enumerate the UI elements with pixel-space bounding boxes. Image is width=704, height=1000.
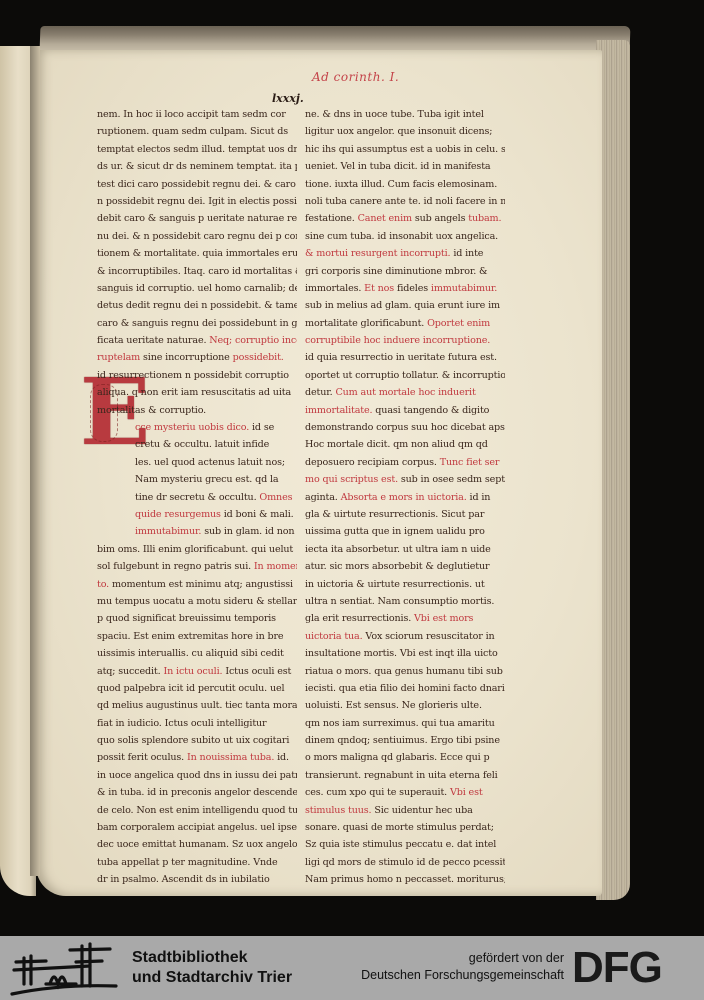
text-line: mo qui scriptus est. sub in osee sedm se… [305, 471, 505, 488]
text-line: o mors maligna qd glabaris. Ecce qui p [305, 749, 505, 766]
text-line: ne. & dns in uoce tube. Tuba igit intel [305, 106, 505, 123]
body-text: id quia resurrectio in ueritate futura e… [305, 352, 497, 363]
body-text: gla & uirtute resurrectionis. Sicut par [305, 509, 484, 520]
body-text: de celo. Non est enim intelligendu quod … [97, 805, 297, 816]
text-line: quide resurgemus id boni & mali. S n omn… [97, 506, 297, 523]
text-line: ds ur. & sicut dr ds neminem temptat. it… [97, 158, 297, 175]
text-line: aliqua. q non erit iam resuscitatis ad u… [97, 384, 297, 401]
rubric-text: & mortui resurgent incorrupti. [305, 248, 450, 259]
body-text: iecisti. qua etia filio dei homini facto… [305, 683, 505, 694]
text-line: detur. Cum aut mortale hoc induerit [305, 384, 505, 401]
body-text: nu dei. & n possidebit caro regnu dei p … [97, 231, 297, 242]
city-wall-sketch-icon [10, 940, 120, 996]
text-line: festatione. Canet enim sub angels tubam. [305, 210, 505, 227]
rubric-text: Cum aut mortale hoc induerit [335, 387, 475, 398]
body-text: temptat electos sedm illud. temptat uos … [97, 144, 297, 155]
text-line: dr in psalmo. Ascendit ds in iubilatio [97, 871, 297, 888]
text-line: ruptionem. quam sedm culpam. Sicut ds [97, 123, 297, 140]
text-line: bim oms. Illi enim glorificabunt. qui ue… [97, 541, 297, 558]
body-text: insultatione mortis. Vbi est inqt illa u… [305, 648, 498, 659]
text-line: ultra n sentiat. Nam consumptio mortis. [305, 593, 505, 610]
text-line: to. momentum est minimu atq; angustissi [97, 576, 297, 593]
text-line: ligi qd mors de stimulo id de pecco pces… [305, 854, 505, 871]
rubric-text: tubam. [468, 213, 501, 224]
body-text: Vox sciorum resuscitator in [363, 631, 495, 642]
text-line: & in tuba. id in preconis angelor descen… [97, 784, 297, 801]
body-text: Nam mysteriu grecu est. qd la [135, 474, 278, 485]
text-line: mortalitas & corruptio. [97, 402, 297, 419]
body-text: festatione. [305, 213, 358, 224]
text-line: immortales. Et nos fideles immutabimur. [305, 280, 505, 297]
text-line: temptat electos sedm illud. temptat uos … [97, 141, 297, 158]
body-text: demonstrando corpus suu hoc dicebat aps; [305, 422, 505, 433]
body-text: & in tuba. id in preconis angelor descen… [97, 787, 297, 798]
body-text: in uictoria & uirtute resurrectionis. ut [305, 579, 485, 590]
body-text: sub in glam. id non glorifica [201, 526, 297, 537]
book-top-edge [40, 26, 631, 52]
library-name-line1: Stadtbibliothek [132, 948, 292, 968]
text-line: sanguis id corruptio. uel homo carnalib;… [97, 280, 297, 297]
body-text: debit caro & sanguis p ueritate naturae … [97, 213, 297, 224]
text-line: uissima gutta que in ignem ualidu pro [305, 523, 505, 540]
body-text: nem. In hoc ii loco accipit tam sedm cor [97, 109, 286, 120]
rubric-text: In momen [254, 561, 297, 572]
text-line: hic ihs qui assumptus est a uobis in cel… [305, 141, 505, 158]
body-text: dinem qndoq; sentiuimus. Ergo tibi psine [305, 735, 500, 746]
rubric-text: to. [97, 579, 109, 590]
body-text: mortalitate glorificabunt. [305, 318, 427, 329]
body-text: sub in melius ad glam. quia erunt iure i… [305, 300, 500, 311]
text-line: tione. iuxta illud. Cum facis elemosinam… [305, 176, 505, 193]
body-text: uissimis interuallis. cu aliquid sibi ce… [97, 648, 284, 659]
body-text: Hoc mortale dicit. qm non aliud qm qd [305, 439, 488, 450]
text-line: tine dr secretu & occultu. Omnes [97, 489, 297, 506]
text-column-left: nem. In hoc ii loco accipit tam sedm cor… [97, 106, 297, 889]
text-line: demonstrando corpus suu hoc dicebat aps; [305, 419, 505, 436]
body-text: ligitur uox angelor. que insonuit dicens… [305, 126, 492, 137]
rubric-text: immutabimur. [431, 283, 497, 294]
body-text: quasi tangendo & digito [372, 405, 489, 416]
funder-line1: gefördert von der [361, 950, 564, 967]
body-text: ligi qd mors de stimulo id de pecco pces… [305, 857, 505, 868]
rubric-text: corruptibile hoc induere incorruptione. [305, 335, 490, 346]
text-line: corruptibile hoc induere incorruptione. [305, 332, 505, 349]
rubric-text: Canet enim [358, 213, 412, 224]
text-line: debit caro & sanguis p ueritate naturae … [97, 210, 297, 227]
text-line: stimulus tuus. Sic uidentur hec uba [305, 802, 505, 819]
body-text: sanguis id corruptio. uel homo carnalib;… [97, 283, 297, 294]
text-line: in uictoria & uirtute resurrectionis. ut [305, 576, 505, 593]
body-text: Nam primus homo n peccasset. moriturus; [305, 874, 505, 885]
body-text: dec uoce emittat humanam. Sz uox angelor [97, 839, 297, 850]
gutter-shadow [30, 46, 40, 876]
body-text: id resurrectionem n possidebit corruptio [97, 370, 289, 381]
text-line: cretu & occultu. latuit infide [97, 436, 297, 453]
text-line: fiat in iudicio. Ictus oculi intelligitu… [97, 715, 297, 732]
body-text: spaciu. Est enim extremitas hore in bre [97, 631, 283, 642]
body-text: Sic uidentur hec uba [371, 805, 472, 816]
body-text: p quod significat breuissimu temporis [97, 613, 276, 624]
text-line: iecta ita absorbetur. ut ultra iam n uid… [305, 541, 505, 558]
rubric-text: Vbi est mors [414, 613, 473, 624]
body-text: id boni & mali. [221, 509, 297, 520]
rubric-text: mo qui scriptus est. [305, 474, 398, 485]
body-text: transierunt. regnabunt in uita eterna fe… [305, 770, 498, 781]
rubric-text: immutabimur. [135, 526, 201, 537]
folio-number: lxxxj. [272, 92, 304, 105]
text-line: sol fulgebunt in regno patris sui. In mo… [97, 558, 297, 575]
body-text: ces. cum xpo qui te superauit. [305, 787, 450, 798]
body-text: tionem & mortalitate. quia immortales er… [97, 248, 297, 259]
text-line: p quod significat breuissimu temporis [97, 610, 297, 627]
text-line: qd melius augustinus uult. tiec tanta mo… [97, 697, 297, 714]
text-line: ueniet. Vel in tuba dicit. id in manifes… [305, 158, 505, 175]
text-line: nem. In hoc ii loco accipit tam sedm cor [97, 106, 297, 123]
text-line: iecisti. qua etia filio dei homini facto… [305, 680, 505, 697]
body-text: deposuero recipiam corpus. [305, 457, 440, 468]
text-line: dec uoce emittat humanam. Sz uox angelor [97, 836, 297, 853]
footer-banner: Stadtbibliothek und Stadtarchiv Trier ge… [0, 936, 704, 1000]
body-text: mu tempus uocatu a motu sideru & stellar… [97, 596, 297, 607]
body-text: caro & sanguis regnu dei possidebunt in … [97, 318, 297, 329]
body-text: n possidebit regnu dei. Igit in electis … [97, 196, 297, 207]
text-column-right: ne. & dns in uoce tube. Tuba igit intell… [305, 106, 505, 889]
text-line: atur. sic mors absorbebit & deglutietur [305, 558, 505, 575]
body-text: les. uel quod actenus latuit nos; [135, 457, 285, 468]
text-line: gla erit resurrectionis. Vbi est mors [305, 610, 505, 627]
body-text: & incorruptibiles. Itaq. caro id mortali… [97, 266, 297, 277]
text-line: uictoria tua. Vox sciorum resuscitator i… [305, 628, 505, 645]
text-line: transierunt. regnabunt in uita eterna fe… [305, 767, 505, 784]
text-line: Nam mysteriu grecu est. qd la [97, 471, 297, 488]
body-text: gri corporis sine diminutione mbror. & [305, 266, 487, 277]
text-line: Nam primus homo n peccasset. moriturus; [305, 871, 505, 888]
text-line: sonare. quasi de morte stimulus perdat; [305, 819, 505, 836]
body-text: sonare. quasi de morte stimulus perdat; [305, 822, 494, 833]
text-line: ficata ueritate naturae. Neq; corruptio … [97, 332, 297, 349]
text-line: id resurrectionem n possidebit corruptio [97, 367, 297, 384]
text-line: atq; succedit. In ictu oculi. Ictus ocul… [97, 663, 297, 680]
text-line: immortalitate. quasi tangendo & digito [305, 402, 505, 419]
body-text: ne. & dns in uoce tube. Tuba igit intel [305, 109, 484, 120]
body-text: sine incorruptione [140, 352, 232, 363]
rubric-text: Et nos [364, 283, 394, 294]
body-text: sine cum tuba. id insonabit uox angelica… [305, 231, 498, 242]
text-line: sub in melius ad glam. quia erunt iure i… [305, 297, 505, 314]
rubric-text: ruptelam [97, 352, 140, 363]
rubric-text: Omnes [259, 492, 292, 503]
text-line: nu dei. & n possidebit caro regnu dei p … [97, 228, 297, 245]
text-line: n possidebit regnu dei. Igit in electis … [97, 193, 297, 210]
body-text: bam corporalem accipiat angelus. uel ips… [97, 822, 297, 833]
body-text: fideles [394, 283, 431, 294]
rubric-text: Oportet enim [427, 318, 490, 329]
body-text: ds ur. & sicut dr ds neminem temptat. it… [97, 161, 297, 172]
body-text: Ictus oculi est [222, 666, 291, 677]
body-text: noli tuba canere ante te. id noli facere… [305, 196, 505, 207]
body-text: ficata ueritate naturae. [97, 335, 209, 346]
body-text: test dici caro possidebit regnu dei. & c… [97, 179, 296, 190]
body-text: mortalitas & corruptio. [97, 405, 206, 416]
body-text: uoluisti. Est sensus. Ne glorieris ulte. [305, 700, 482, 711]
text-line: quo solis splendore subito ut uix cogita… [97, 732, 297, 749]
rubric-text: stimulus tuus. [305, 805, 371, 816]
text-line: gla & uirtute resurrectionis. Sicut par [305, 506, 505, 523]
body-text: quo solis splendore subito ut uix cogita… [97, 735, 289, 746]
text-line: Sz quia iste stimulus peccatu e. dat int… [305, 836, 505, 853]
text-line: riatua o mors. qua genus humanu tibi sub [305, 663, 505, 680]
body-text: Sz quia iste stimulus peccatu e. dat int… [305, 839, 496, 850]
text-line: cce mysteriu uobis dico. id se [97, 419, 297, 436]
body-text: cretu & occultu. latuit infide [135, 439, 269, 450]
body-text: aliqua. q non erit iam resuscitatis ad u… [97, 387, 291, 398]
body-text: uissima gutta que in ignem ualidu pro [305, 526, 485, 537]
text-line: ruptelam sine incorruptione possidebit. [97, 349, 297, 366]
body-text: iecta ita absorbetur. ut ultra iam n uid… [305, 544, 491, 555]
body-text: qm nos iam surreximus. qui tua amaritu [305, 718, 495, 729]
text-line: spaciu. Est enim extremitas hore in bre [97, 628, 297, 645]
rubric-text: In nouissima tuba. [187, 752, 274, 763]
body-text: sol fulgebunt in regno patris sui. [97, 561, 254, 572]
text-line: aginta. Absorta e mors in uictoria. id i… [305, 489, 505, 506]
text-line: gri corporis sine diminutione mbror. & [305, 263, 505, 280]
text-line: detus dedit regnu dei n possidebit. & ta… [97, 297, 297, 314]
rubric-text: immortalitate. [305, 405, 372, 416]
text-line: & mortui resurgent incorrupti. id inte [305, 245, 505, 262]
body-text: tuba appellat p ter magnitudine. Vnde [97, 857, 278, 868]
rubric-text: quide resurgemus [135, 509, 221, 520]
body-text: dr in psalmo. Ascendit ds in iubilatio [97, 874, 270, 885]
library-name-line2: und Stadtarchiv Trier [132, 968, 292, 988]
running-head: Ad corinth. I. [312, 70, 399, 84]
body-text: momentum est minimu atq; angustissi [109, 579, 293, 590]
body-text: immortales. [305, 283, 364, 294]
text-line: mu tempus uocatu a motu sideru & stellar… [97, 593, 297, 610]
body-text: bim oms. Illi enim glorificabunt. qui ue… [97, 544, 293, 555]
text-line: ligitur uox angelor. que insonuit dicens… [305, 123, 505, 140]
rubric-text: uictoria tua. [305, 631, 363, 642]
body-text: tine dr secretu & occultu. [135, 492, 259, 503]
text-line: les. uel quod actenus latuit nos; [97, 454, 297, 471]
manuscript-scan: Ad corinth. I. lxxxj. E nem. In hoc ii l… [0, 0, 704, 936]
body-text: in uoce angelica quod dns in iussu dei p… [97, 770, 297, 781]
body-text: ueniet. Vel in tuba dicit. id in manifes… [305, 161, 490, 172]
body-text: gla erit resurrectionis. [305, 613, 414, 624]
text-line: qm nos iam surreximus. qui tua amaritu [305, 715, 505, 732]
text-line: mortalitate glorificabunt. Oportet enim [305, 315, 505, 332]
text-line: deposuero recipiam corpus. Tunc fiet ser [305, 454, 505, 471]
text-line: insultatione mortis. Vbi est inqt illa u… [305, 645, 505, 662]
text-line: sine cum tuba. id insonabit uox angelica… [305, 228, 505, 245]
text-line: noli tuba canere ante te. id noli facere… [305, 193, 505, 210]
rubric-text: Absorta e mors in uictoria. [341, 492, 467, 503]
funder-line2: Deutschen Forschungsgemeinschaft [361, 967, 564, 984]
text-line: dinem qndoq; sentiuimus. Ergo tibi psine [305, 732, 505, 749]
text-line: id quia resurrectio in ueritate futura e… [305, 349, 505, 366]
body-text: atur. sic mors absorbebit & deglutietur [305, 561, 489, 572]
body-text: ultra n sentiat. Nam consumptio mortis. [305, 596, 494, 607]
text-line: test dici caro possidebit regnu dei. & c… [97, 176, 297, 193]
rubric-text: Tunc fiet ser [440, 457, 500, 468]
body-text: sub angels [412, 213, 468, 224]
body-text: tione. iuxta illud. Cum facis elemosinam… [305, 179, 497, 190]
text-line: tionem & mortalitate. quia immortales er… [97, 245, 297, 262]
text-line: oportet ut corruptio tollatur. & incorru… [305, 367, 505, 384]
text-line: de celo. Non est enim intelligendu quod … [97, 802, 297, 819]
rubric-text: cce mysteriu uobis dico. [135, 422, 249, 433]
library-name: Stadtbibliothek und Stadtarchiv Trier [132, 948, 292, 988]
body-text: quod palpebra icit id percutit oculu. ue… [97, 683, 284, 694]
funder-credit: gefördert von der Deutschen Forschungsge… [361, 950, 564, 984]
body-text: id se [249, 422, 274, 433]
body-text: id in [467, 492, 491, 503]
rubric-text: Neq; corruptio incor [209, 335, 297, 346]
rubric-text: Vbi est [450, 787, 483, 798]
body-text: ruptionem. quam sedm culpam. Sicut ds [97, 126, 288, 137]
text-line: possit ferit oculus. In nouissima tuba. … [97, 749, 297, 766]
rubric-text: S n omnes [296, 509, 297, 520]
text-line: tuba appellat p ter magnitudine. Vnde [97, 854, 297, 871]
body-text: detur. [305, 387, 335, 398]
rubric-text: possidebit. [233, 352, 284, 363]
text-line: Hoc mortale dicit. qm non aliud qm qd [305, 436, 505, 453]
body-text: aginta. [305, 492, 341, 503]
body-text: sub in osee sedm septu [398, 474, 505, 485]
body-text: fiat in iudicio. Ictus oculi intelligitu… [97, 718, 267, 729]
body-text: o mors maligna qd glabaris. Ecce qui p [305, 752, 489, 763]
body-text: hic ihs qui assumptus est a uobis in cel… [305, 144, 505, 155]
body-text: atq; succedit. [97, 666, 163, 677]
body-text: riatua o mors. qua genus humanu tibi sub [305, 666, 503, 677]
body-text: oportet ut corruptio tollatur. & incorru… [305, 370, 505, 381]
text-line: uoluisti. Est sensus. Ne glorieris ulte. [305, 697, 505, 714]
text-line: uissimis interuallis. cu aliquid sibi ce… [97, 645, 297, 662]
text-line: immutabimur. sub in glam. id non glorifi… [97, 523, 297, 540]
body-text: possit ferit oculus. [97, 752, 187, 763]
text-line: caro & sanguis regnu dei possidebunt in … [97, 315, 297, 332]
text-line: & incorruptibiles. Itaq. caro id mortali… [97, 263, 297, 280]
body-text: id inte [450, 248, 483, 259]
dfg-logo: DFG [572, 946, 662, 990]
text-line: in uoce angelica quod dns in iussu dei p… [97, 767, 297, 784]
text-line: quod palpebra icit id percutit oculu. ue… [97, 680, 297, 697]
body-text: id. [274, 752, 289, 763]
body-text: detus dedit regnu dei n possidebit. & ta… [97, 300, 297, 311]
rubric-text: In ictu oculi. [163, 666, 222, 677]
body-text: qd melius augustinus uult. tiec tanta mo… [97, 700, 297, 711]
text-line: ces. cum xpo qui te superauit. Vbi est [305, 784, 505, 801]
text-line: bam corporalem accipiat angelus. uel ips… [97, 819, 297, 836]
